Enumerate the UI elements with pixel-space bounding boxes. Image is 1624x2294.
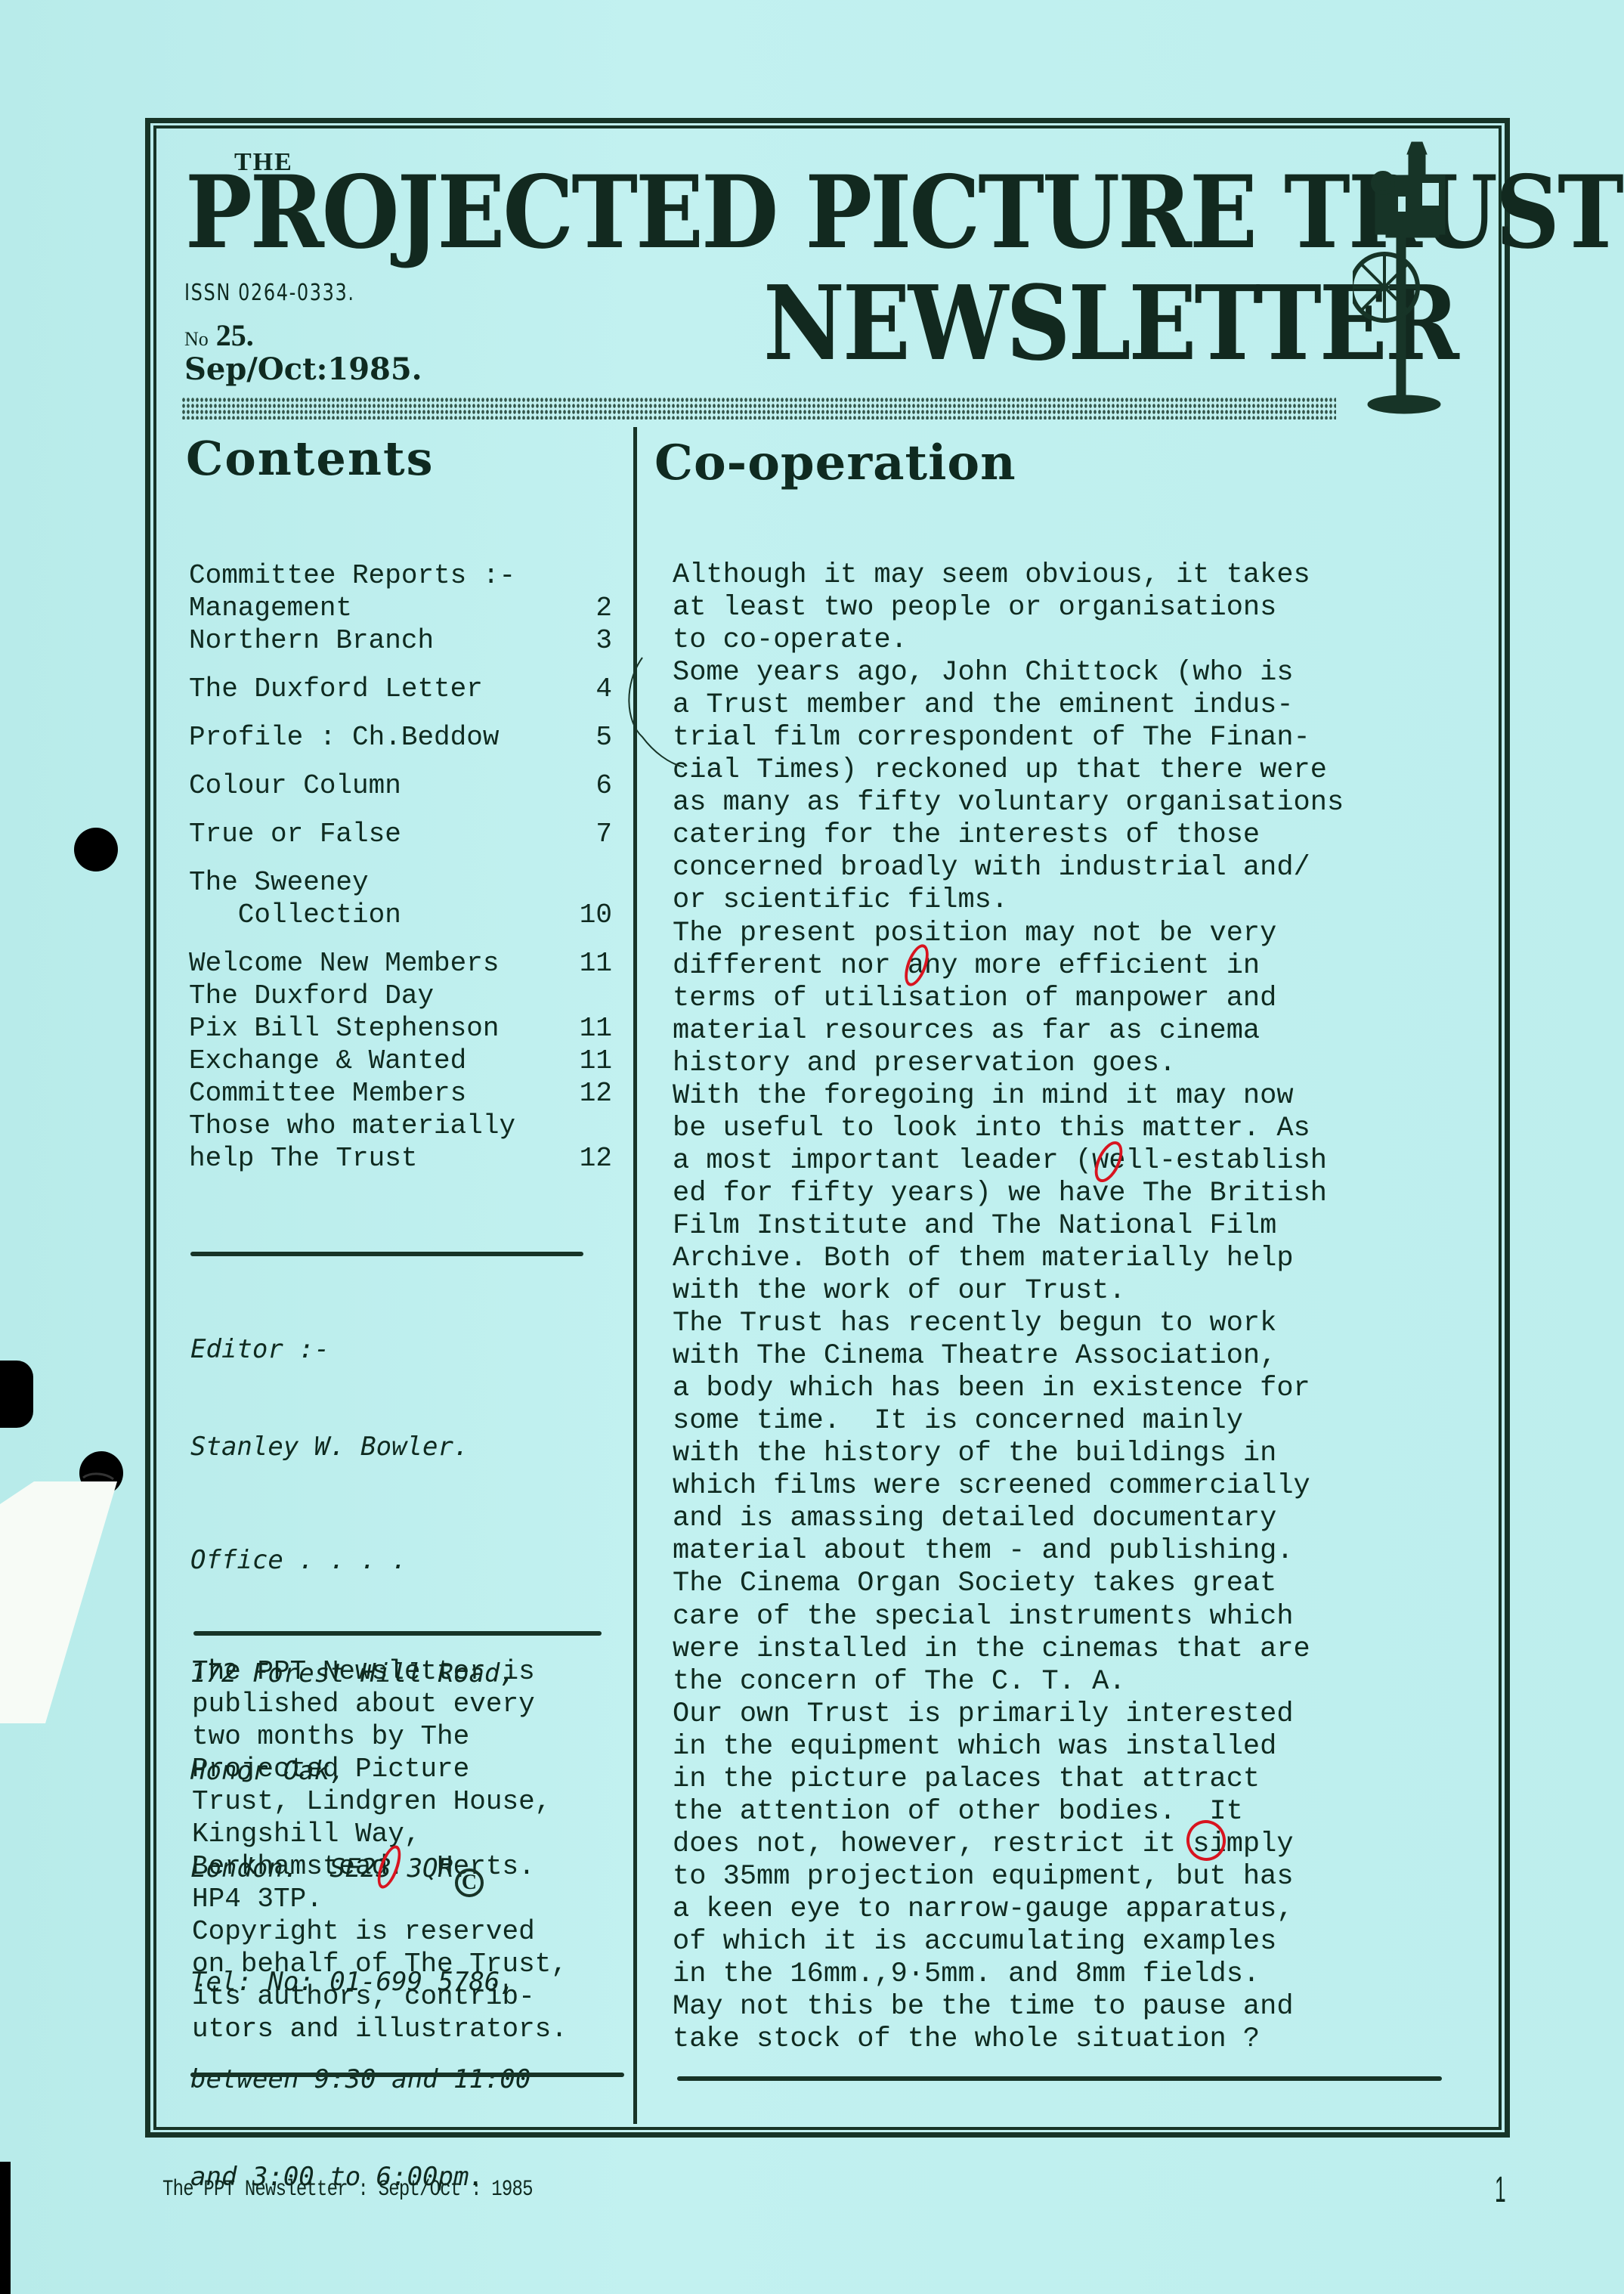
toc-item-page: 12 — [580, 1077, 612, 1110]
article-line: with the history of the buildings in — [673, 1438, 1474, 1470]
toc-item: True or False7 — [189, 818, 612, 850]
scan-edge-shadow — [0, 2162, 11, 2294]
toc-item: Committee Members12 — [189, 1077, 612, 1110]
toc-item: Profile : Ch.Beddow5 — [189, 721, 612, 754]
article-line: Our own Trust is primarily interested — [673, 1698, 1474, 1731]
article-line: ed for fifty years) we have The British — [673, 1178, 1474, 1210]
toc-item-page: 2 — [595, 592, 612, 624]
publication-note-line: two months by The — [192, 1720, 630, 1753]
toc-item: The Duxford Letter4 — [189, 673, 612, 705]
toc-item-page: 5 — [595, 721, 612, 754]
article-line: a Trust member and the eminent indus- — [673, 689, 1474, 722]
publication-note-line: The PPT Newsletter is — [192, 1655, 630, 1688]
issue-number-value: 25. — [216, 318, 254, 352]
article-line: to 35mm projection equipment, but has — [673, 1861, 1474, 1893]
article-line: or scientific films. — [673, 884, 1474, 917]
toc-item-label: Welcome New Members — [189, 947, 499, 980]
page-number: 1 — [1495, 2169, 1506, 2211]
binder-hole — [74, 828, 118, 871]
article-line: as many as fifty voluntary organisations — [673, 787, 1474, 819]
toc-item-page: 4 — [595, 673, 612, 705]
article-line: different nor any more efficient in — [673, 950, 1474, 983]
divider-rule — [677, 2076, 1442, 2081]
article-line: be useful to look into this matter. As — [673, 1113, 1474, 1145]
publication-note-line: Trust, Lindgren House, — [192, 1785, 630, 1818]
contents-heading: Contents — [186, 431, 434, 486]
issn-number: ISSN 0264-0333. — [184, 280, 355, 306]
toc-item: Colour Column6 — [189, 769, 612, 802]
toc-item-label: Exchange & Wanted — [189, 1045, 466, 1077]
publication-note-line: HP4 3TP. — [192, 1883, 630, 1915]
toc-item-page: 11 — [580, 1012, 612, 1045]
masthead-dotted-rule — [181, 397, 1336, 419]
toc-item: Exchange & Wanted11 — [189, 1045, 612, 1077]
article-line: trial film correspondent of The Finan- — [673, 722, 1474, 754]
editor-name: Stanley W. Bowler. — [190, 1431, 629, 1463]
divider-rule — [193, 1631, 602, 1636]
paper-tag — [0, 1451, 117, 1723]
toc-item: Northern Branch3 — [189, 624, 612, 657]
office-label: Office . . . . — [190, 1544, 629, 1577]
article-line: Archive. Both of them materially help — [673, 1243, 1474, 1275]
toc-item-page: 11 — [580, 1045, 612, 1077]
article-line: cial Times) reckoned up that there were — [673, 754, 1474, 787]
divider-rule — [190, 1252, 583, 1256]
article-line: were installed in the cinemas that are — [673, 1633, 1474, 1666]
article-line: history and preservation goes. — [673, 1048, 1474, 1080]
publication-note-line: on behalf of The Trust, — [192, 1948, 630, 1980]
article-line: and is amassing detailed documentary — [673, 1503, 1474, 1535]
article-line: which films were screened commercially — [673, 1470, 1474, 1503]
editor-label: Editor :- — [190, 1333, 629, 1366]
article-line: terms of utilisation of manpower and — [673, 983, 1474, 1015]
running-footer: The PPT Newsletter : Sept/Oct : 1985 — [162, 2177, 533, 2203]
article-line: does not, however, restrict it simply — [673, 1828, 1474, 1861]
toc-item-label: The Duxford Day — [189, 980, 434, 1012]
article-line: of which it is accumulating examples — [673, 1926, 1474, 1958]
article-line: May not this be the time to pause and — [673, 1991, 1474, 2023]
projector-icon — [1353, 128, 1459, 416]
article-line: a most important leader (well-establish — [673, 1145, 1474, 1178]
publication-note-line: Berkhamstead. Herts. — [192, 1850, 630, 1883]
publication-note-line: utors and illustrators. — [192, 2013, 630, 2045]
copyright-icon: C — [455, 1868, 484, 1897]
toc-item-label: Pix Bill Stephenson — [189, 1012, 499, 1045]
pencil-bracket-annotation — [620, 654, 688, 775]
toc-item: Welcome New Members11 — [189, 947, 612, 980]
article-heading: Co-operation — [654, 435, 1016, 491]
article-line: a keen eye to narrow-gauge apparatus, — [673, 1893, 1474, 1926]
toc-item: The Duxford Day — [189, 980, 612, 1012]
article-line: to co-operate. — [673, 624, 1474, 657]
toc-item-label: Committee Reports :- — [189, 559, 515, 592]
article-line: The Cinema Organ Society takes great — [673, 1568, 1474, 1600]
publication-note-line: its authors, contrib- — [192, 1980, 630, 2013]
toc-item: Management2 — [189, 592, 612, 624]
article-line: with the work of our Trust. — [673, 1275, 1474, 1308]
article-line: the attention of other bodies. It — [673, 1796, 1474, 1828]
article-line: material about them - and publishing. — [673, 1535, 1474, 1568]
toc-item: Those who materially — [189, 1110, 612, 1142]
article-line: Some years ago, John Chittock (who is — [673, 657, 1474, 689]
article-line: some time. It is concerned mainly — [673, 1405, 1474, 1438]
publication-note-line: Kingshill Way, — [192, 1818, 630, 1850]
issue-prefix: No — [184, 328, 209, 350]
toc-item-page: 7 — [595, 818, 612, 850]
article-line: in the equipment which was installed — [673, 1731, 1474, 1763]
table-of-contents: Committee Reports :-Management2Northern … — [189, 559, 612, 1175]
article-line: concerned broadly with industrial and/ — [673, 852, 1474, 884]
article-line: The present position may not be very — [673, 918, 1474, 950]
toc-item-label: The Duxford Letter — [189, 673, 483, 705]
article-line: in the 16mm.,9·5mm. and 8mm fields. — [673, 1958, 1474, 1991]
toc-item-page: 10 — [580, 899, 612, 931]
toc-item-label: help The Trust — [189, 1142, 417, 1175]
article-line: the concern of The C. T. A. — [673, 1666, 1474, 1698]
phone-hours: between 9:30 and 11:00 — [190, 2063, 629, 2096]
toc-item-label: Those who materially — [189, 1110, 515, 1142]
article-line: in the picture palaces that attract — [673, 1763, 1474, 1796]
toc-item-label: Profile : Ch.Beddow — [189, 721, 499, 754]
article-line: at least two people or organisations — [673, 592, 1474, 624]
divider-rule — [190, 2073, 624, 2077]
toc-item-label: True or False — [189, 818, 401, 850]
issue-number: No 25. — [184, 317, 254, 353]
article-line: With the foregoing in mind it may now — [673, 1080, 1474, 1113]
toc-item-label: Collection — [189, 899, 401, 931]
toc-item: help The Trust12 — [189, 1142, 612, 1175]
toc-item: Committee Reports :- — [189, 559, 612, 592]
article-line: care of the special instruments which — [673, 1601, 1474, 1633]
publication-note-line: Copyright is reserved — [192, 1915, 630, 1948]
article-body: Although it may seem obvious, it takesat… — [673, 559, 1474, 2056]
toc-item-label: Management — [189, 592, 352, 624]
toc-item-label: The Sweeney — [189, 866, 369, 899]
scan-edge-shadow — [0, 1361, 33, 1428]
publication-note: The PPT Newsletter ispublished about eve… — [192, 1655, 630, 2045]
toc-item-label: Committee Members — [189, 1077, 466, 1110]
publication-note-line: Projected Picture — [192, 1753, 630, 1785]
toc-item: Pix Bill Stephenson11 — [189, 1012, 612, 1045]
publication-note-line: published about every — [192, 1688, 630, 1720]
toc-item: The Sweeney — [189, 866, 612, 899]
article-line: take stock of the whole situation ? — [673, 2023, 1474, 2056]
article-line: with The Cinema Theatre Association, — [673, 1340, 1474, 1373]
toc-item-page: 12 — [580, 1142, 612, 1175]
issue-date: Sep/Oct:1985. — [184, 351, 422, 387]
toc-item: Collection10 — [189, 899, 612, 931]
toc-item-label: Colour Column — [189, 769, 401, 802]
article-line: a body which has been in existence for — [673, 1373, 1474, 1405]
toc-item-page: 11 — [580, 947, 612, 980]
article-line: Although it may seem obvious, it takes — [673, 559, 1474, 592]
toc-item-page: 6 — [595, 769, 612, 802]
article-line: Film Institute and The National Film — [673, 1210, 1474, 1243]
article-line: material resources as far as cinema — [673, 1015, 1474, 1048]
article-line: The Trust has recently begun to work — [673, 1308, 1474, 1340]
toc-item-label: Northern Branch — [189, 624, 434, 657]
article-line: catering for the interests of those — [673, 819, 1474, 852]
toc-item-page: 3 — [595, 624, 612, 657]
